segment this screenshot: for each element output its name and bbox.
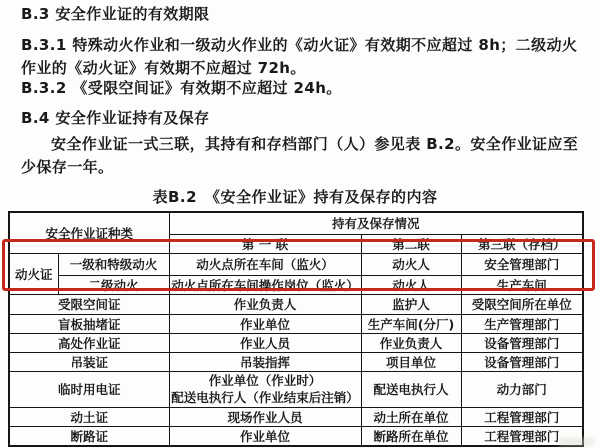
- cert-group-fire-cell: 动火证: [9, 253, 58, 294]
- table-row-height-work: 高处作业证 作业人员 作业负责人 设备管理部门: [9, 333, 583, 352]
- third-copy-cell: 生产车间: [461, 275, 583, 294]
- section-b3-heading: B.3 安全作业证的有效期限: [21, 6, 209, 23]
- header-cert-type-cell: 安全作业证种类: [9, 212, 169, 253]
- cert-type-cell: 断路证: [9, 426, 169, 446]
- table-header-row-1: 安全作业证种类 持有及保存情况: [9, 212, 583, 234]
- table-row-lifting: 吊装证 吊装指挥 项目单位 设备管理部门: [9, 352, 583, 371]
- cert-type-cell: 盲板抽堵证: [9, 314, 169, 333]
- third-copy-cell: 动力部门: [461, 371, 583, 407]
- third-copy-cell: 工程管理部门: [461, 407, 583, 426]
- paragraph-b4: 安全作业证一式三联，其持有和存档部门（人）参见表 B.2。安全作业证应至少保存一…: [21, 133, 591, 178]
- second-copy-cell: 动火人: [361, 253, 461, 275]
- table-row-confined-space: 受限空间证 作业负责人 监护人 受限空间所在单位: [9, 294, 583, 314]
- first-copy-cell: 作业负责人: [169, 294, 361, 314]
- third-copy-cell: 安全管理部门: [461, 253, 583, 275]
- paragraph-b32: B.3.2 《受限空间证》有效期不应超过 24h。: [21, 77, 342, 100]
- second-copy-cell: 动土所在单位: [361, 407, 461, 426]
- first-copy-line1: 作业单位（作业时）: [170, 372, 361, 389]
- cert-type-cell: 受限空间证: [9, 294, 169, 314]
- document-page: B.3 安全作业证的有效期限 B.3.1 特殊动火作业和一级动火作业的《动火证》…: [0, 0, 600, 448]
- cert-type-cell: 动土证: [9, 407, 169, 426]
- third-copy-cell: 生产管理部门: [461, 314, 583, 333]
- cert-subtype-cell: 二级动火: [58, 275, 169, 294]
- header-second-copy-cell: 第二联: [361, 234, 461, 253]
- first-copy-cell: 作业单位: [169, 314, 361, 333]
- table-row-earth-moving: 动土证 现场作业人员 动土所在单位 工程管理部门: [9, 407, 583, 426]
- first-copy-cell: 作业人员: [169, 333, 361, 352]
- cert-type-cell: 高处作业证: [9, 333, 169, 352]
- paragraph-b31: B.3.1 特殊动火作业和一级动火作业的《动火证》有效期不应超过 8h；二级动火…: [21, 34, 584, 79]
- first-copy-cell: 现场作业人员: [169, 407, 361, 426]
- permit-hold-archive-table: 安全作业证种类 持有及保存情况 第 一 联 第二联 第三联（存档） 动火证 一级…: [8, 211, 584, 447]
- table-row-fire-level1: 动火证 一级和特级动火 动火点所在车间（监火） 动火人 安全管理部门: [9, 253, 583, 275]
- second-copy-cell: 监护人: [361, 294, 461, 314]
- second-copy-cell: 配送电执行人: [361, 371, 461, 407]
- header-third-copy-cell: 第三联（存档）: [461, 234, 583, 253]
- second-copy-cell: 作业负责人: [361, 333, 461, 352]
- cert-type-cell: 吊装证: [9, 352, 169, 371]
- cert-type-cell: 临时用电证: [9, 371, 169, 407]
- first-copy-cell: 作业单位: [169, 426, 361, 446]
- table-row-temp-electric: 临时用电证 作业单位（作业时） 配送电执行人（作业结束后注销） 配送电执行人 动…: [9, 371, 583, 407]
- section-b4-heading: B.4 安全作业证持有及保存: [21, 110, 209, 127]
- second-copy-cell: 断路所在单位: [361, 426, 461, 446]
- first-copy-line2: 配送电执行人（作业结束后注销）: [170, 389, 361, 406]
- table-title: 表B.2 《安全作业证》持有及保存的内容: [8, 186, 582, 207]
- first-copy-cell: 动火点所在车间（监火）: [169, 253, 361, 275]
- scan-artifact: [558, 438, 594, 446]
- third-copy-cell: 设备管理部门: [461, 333, 583, 352]
- third-copy-cell: 受限空间所在单位: [461, 294, 583, 314]
- second-copy-cell: 生产车间(分厂): [361, 314, 461, 333]
- header-first-copy-cell: 第 一 联: [169, 234, 361, 253]
- first-copy-cell: 作业单位（作业时） 配送电执行人（作业结束后注销）: [169, 371, 361, 407]
- second-copy-cell: 项目单位: [361, 352, 461, 371]
- first-copy-cell: 动火点所在车间操作岗位（监火）: [169, 275, 361, 294]
- table-row-blind-plate: 盲板抽堵证 作业单位 生产车间(分厂) 生产管理部门: [9, 314, 583, 333]
- first-copy-cell: 吊装指挥: [169, 352, 361, 371]
- table-row-road-break: 断路证 作业单位 断路所在单位 工程管理部门: [9, 426, 583, 446]
- cert-subtype-cell: 一级和特级动火: [58, 253, 169, 275]
- second-copy-cell: 动火人: [361, 275, 461, 294]
- table-row-fire-level2: 二级动火 动火点所在车间操作岗位（监火） 动火人 生产车间: [9, 275, 583, 294]
- header-hold-status-cell: 持有及保存情况: [169, 212, 583, 234]
- third-copy-cell: 设备管理部门: [461, 352, 583, 371]
